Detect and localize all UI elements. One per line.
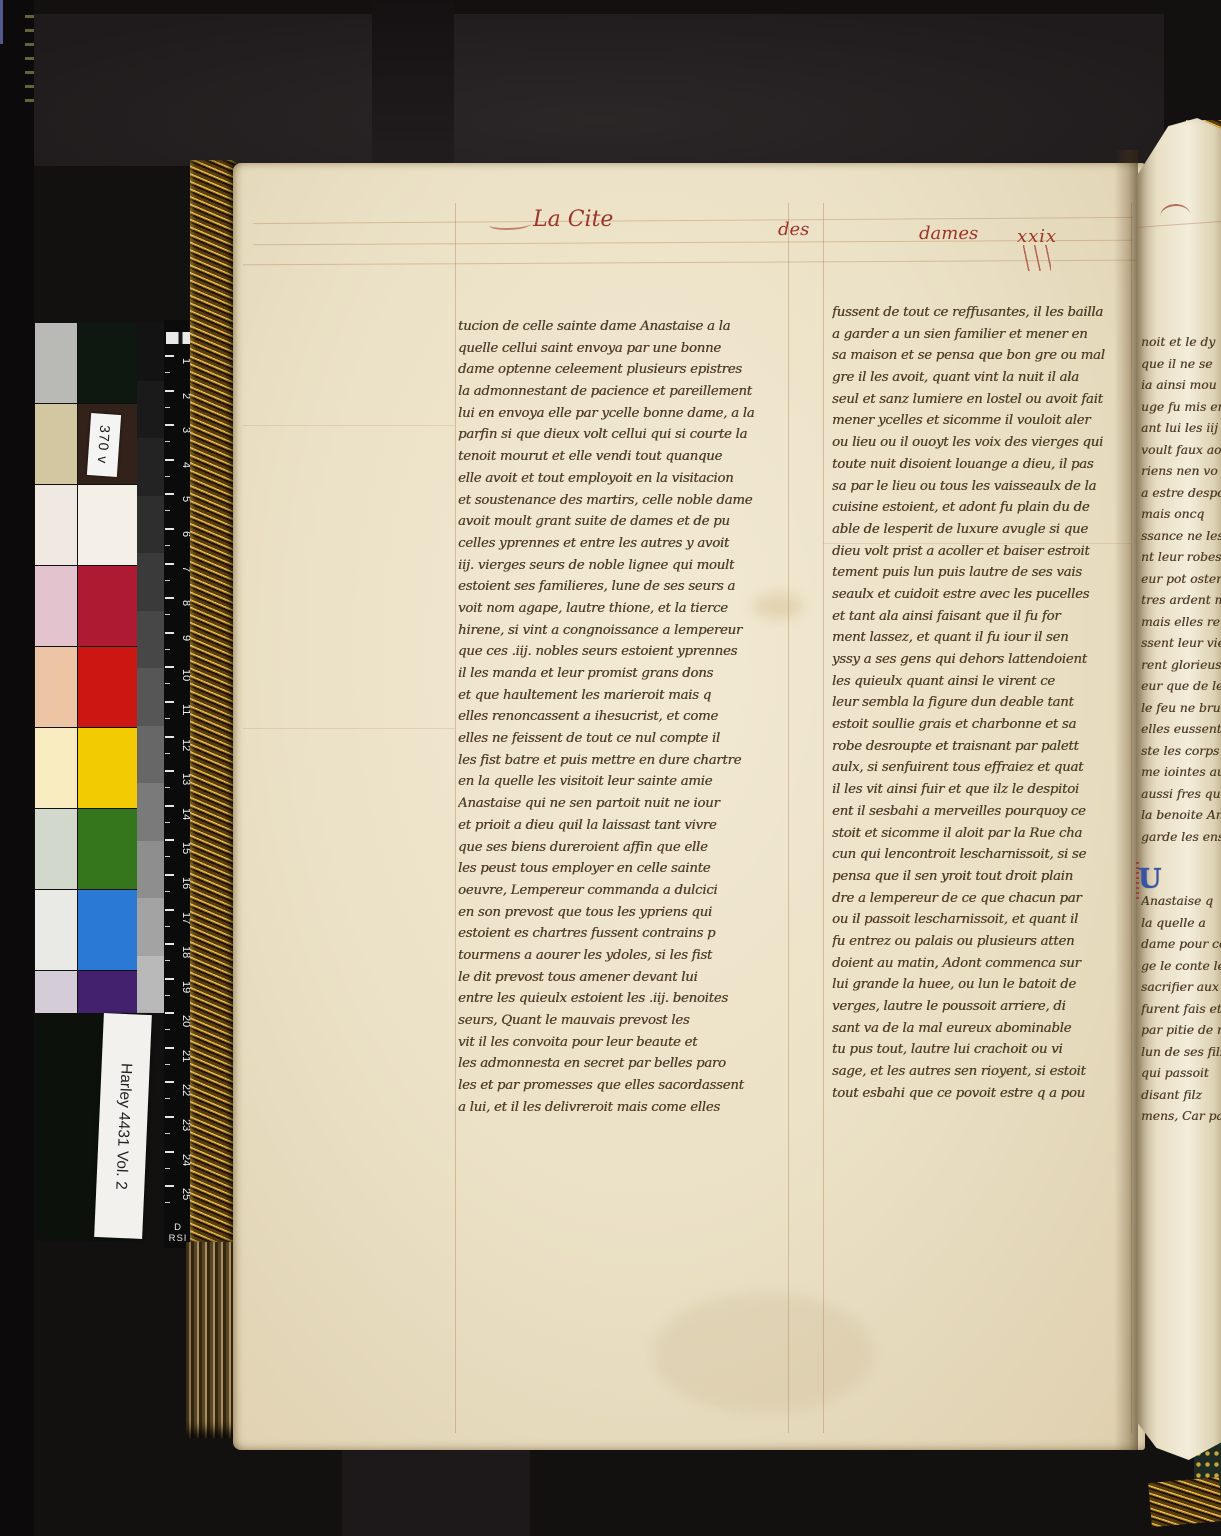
manuscript-line: verges, lautre le poussoit arriere, di xyxy=(832,996,1146,1018)
ruler-unit: 5 xyxy=(164,494,192,529)
gray-step xyxy=(137,438,164,496)
gutter-shadow xyxy=(1114,150,1138,1450)
facing-text-line: ge le conte leoca xyxy=(1141,956,1221,978)
ruler-unit: 22 xyxy=(164,1082,192,1117)
manuscript-line: elles renoncassent a ihesucrist, et come xyxy=(458,706,792,728)
ruler-halftick xyxy=(165,1098,170,1099)
ruler-halftick xyxy=(165,1029,170,1030)
manuscript-line: que ses biens dureroient affin que elle xyxy=(458,837,792,859)
ruler-halftick xyxy=(165,718,170,719)
ruling-horizontal xyxy=(253,240,1133,246)
ruler-halftick xyxy=(165,822,170,823)
gray-step xyxy=(137,841,164,899)
color-patch-pale xyxy=(35,647,78,727)
manuscript-line: seul et sanz lumiere en lostel ou avoit … xyxy=(832,389,1146,411)
photographic-ruler: 1 2 3 4 5 6 xyxy=(164,320,192,1248)
ruler-tick xyxy=(165,874,174,876)
manuscript-line: sa par le lieu ou tous les vaisseaulx de… xyxy=(832,476,1146,498)
manuscript-line: quelle cellui saint envoya par une bonne xyxy=(458,338,792,360)
ruler-unit: 21 xyxy=(164,1048,192,1083)
ruler-unit: 4 xyxy=(164,460,192,495)
manuscript-line: les fist batre et puis mettre en dure ch… xyxy=(458,750,792,772)
manuscript-line: stoit et sicomme il aloit par la Rue cha xyxy=(832,823,1146,845)
ruler-tick xyxy=(165,1151,174,1153)
text-column-right: fussent de tout ce reffusantes, il les b… xyxy=(832,302,1146,1104)
color-patch-pale xyxy=(35,485,78,565)
film-edge-blue-mark xyxy=(0,0,3,44)
facing-header-red-flourish xyxy=(1159,202,1191,220)
ruler-tick xyxy=(165,805,174,807)
manuscript-line: et soustenance des martirs, celle noble … xyxy=(458,490,792,512)
facing-text-line: par pitie de m xyxy=(1141,1020,1221,1042)
ruler-unit: 16 xyxy=(164,875,192,910)
grayscale-step-wedge xyxy=(137,323,164,1013)
ruler-tick xyxy=(165,1185,174,1187)
ruler-halftick xyxy=(165,1064,170,1065)
ruler-tick xyxy=(165,1012,174,1014)
manuscript-line: et prioit a dieu quil la laissast tant v… xyxy=(458,815,792,837)
gray-step xyxy=(137,611,164,669)
manuscript-line: gre il les avoit, quant vint la nuit il … xyxy=(832,367,1146,389)
manuscript-line: a garder a un sien familier et mener en xyxy=(832,324,1146,346)
ruler-tick xyxy=(165,736,174,738)
ruler-halftick xyxy=(165,372,170,373)
gray-step xyxy=(137,726,164,784)
manuscript-line: voit nom agape, lautre thione, et la tie… xyxy=(458,598,792,620)
ruler-tick xyxy=(165,597,174,599)
ruler-tick xyxy=(165,424,174,426)
manuscript-line: ou lieu ou il ouoyt les voix des vierges… xyxy=(832,432,1146,454)
facing-text-line: le feu ne bru xyxy=(1141,698,1221,720)
ruler-unit: 9 xyxy=(164,633,192,668)
ruler-halftick xyxy=(165,407,170,408)
facing-text-line: ssent leur vie xyxy=(1141,633,1221,655)
color-patch-saturated xyxy=(78,566,137,646)
ruler-unit: 10 xyxy=(164,667,192,702)
ruler-halftick xyxy=(165,510,170,511)
color-patch-saturated xyxy=(78,647,137,727)
gilt-fore-edge xyxy=(190,160,236,1242)
color-patch-pale xyxy=(35,566,78,646)
manuscript-line: vit il les convoita pour leur beaute et xyxy=(458,1032,792,1054)
ruler-tick xyxy=(165,528,174,530)
manuscript-line: les admonnesta en secret par belles paro xyxy=(458,1053,792,1075)
manuscript-line: a lui, et il les delivreroit mais come e… xyxy=(458,1097,792,1119)
manuscript-line: elle avoit et tout employoit en la visit… xyxy=(458,468,792,490)
manuscript-line: tucion de celle sainte dame Anastaise a … xyxy=(458,316,792,338)
facing-text-line: qui passoit xyxy=(1141,1063,1221,1085)
parchment-stain xyxy=(653,1293,873,1413)
manuscript-photo: 1 2 3 4 5 6 xyxy=(0,0,1221,1536)
manuscript-line: aulx, si senfuirent tous effraiez et qua… xyxy=(832,757,1146,779)
ruler-tick xyxy=(165,563,174,565)
facing-page-sliver: noit et le dyque il ne seia ainsi mouuge… xyxy=(1136,118,1221,1464)
color-patch-row xyxy=(35,323,137,404)
ruler-tick xyxy=(165,493,174,495)
gray-step xyxy=(137,898,164,956)
manuscript-line: avoit moult grant suite de dames et de p… xyxy=(458,511,792,533)
manuscript-line: cun qui lencontroit lescharnissoit, si s… xyxy=(832,844,1146,866)
color-calibration-target xyxy=(35,323,137,1022)
ruler-tick xyxy=(165,770,174,772)
ruler-halftick xyxy=(165,649,170,650)
gray-step xyxy=(137,323,164,381)
gilt-corner-bottom-right xyxy=(1148,1477,1221,1527)
ruler-unit: 7 xyxy=(164,564,192,599)
shelfmark-text: Harley 4431 Vol. 2 xyxy=(111,1062,135,1189)
ruler-unit: 13 xyxy=(164,771,192,806)
ruler-halftick xyxy=(165,441,170,442)
manuscript-line: mener ycelles et sicomme il vouloit aler xyxy=(832,410,1146,432)
manuscript-line: hirene, si vint a congnoissance a lemper… xyxy=(458,620,792,642)
facing-text-line: ia ainsi mou xyxy=(1141,375,1221,397)
gray-step xyxy=(137,956,164,1014)
ruler-unit: 17 xyxy=(164,910,192,945)
manuscript-line: il les vit ainsi fuir et que ilz le desp… xyxy=(832,779,1146,801)
manuscript-line: lui en envoya elle par ycelle bonne dame… xyxy=(458,403,792,425)
manuscript-line: que ces .iij. nobles seurs estoient ypre… xyxy=(458,641,792,663)
facing-text-line: rent glorieuse xyxy=(1141,655,1221,677)
manuscript-line: la admonnestant de pacience et pareillem… xyxy=(458,381,792,403)
manuscript-line: sant va de la mal eureux abominable xyxy=(832,1018,1146,1040)
ruler-unit: 11 xyxy=(164,702,192,737)
manuscript-line: sage, et les autres sen rioyent, si esto… xyxy=(832,1061,1146,1083)
facing-text-line: aussi fres que xyxy=(1141,784,1221,806)
ruler-tick xyxy=(165,909,174,911)
gray-step xyxy=(137,553,164,611)
facing-text-line: disant filz xyxy=(1141,1085,1221,1107)
ruler-halftick xyxy=(165,614,170,615)
backdrop-felt xyxy=(34,14,1164,166)
ruling-horizontal xyxy=(253,217,1133,224)
running-header-chapter-number: xxix xyxy=(1017,226,1057,247)
film-edge-strip xyxy=(0,0,34,1536)
facing-text-line: tres ardent m xyxy=(1141,590,1221,612)
ruler-scale: 1 2 3 4 5 6 xyxy=(164,356,192,1221)
color-patch-pale xyxy=(35,890,78,970)
manuscript-line: et tant ala ainsi faisant que il fu for xyxy=(832,606,1146,628)
film-edge-arrow-marks xyxy=(25,6,34,106)
cradle-strap-top xyxy=(372,0,454,164)
ruling-vertical xyxy=(455,203,456,1433)
manuscript-line: pensa que il sen yroit tout droit plain xyxy=(832,866,1146,888)
manuscript-line: dieu volt prist a acoller et baiser estr… xyxy=(832,541,1146,563)
ruling-horizontal xyxy=(243,260,1138,266)
ruler-halftick xyxy=(165,580,170,581)
ruler-halftick xyxy=(165,856,170,857)
facing-text-line: ant lui les iij xyxy=(1141,418,1221,440)
color-patch-row xyxy=(35,485,137,566)
manuscript-line: seurs, Quant le mauvais prevost les xyxy=(458,1010,792,1032)
ruler-unit: 25 xyxy=(164,1186,192,1221)
color-patch-pale xyxy=(35,404,78,484)
ruler-halftick xyxy=(165,1168,170,1169)
ruler-unit: 1 xyxy=(164,356,192,391)
facing-text-line: ste les corps del xyxy=(1141,741,1221,763)
manuscript-line: yssy a ses gens qui dehors lattendoient xyxy=(832,649,1146,671)
ruler-unit: 15 xyxy=(164,840,192,875)
ruler-tick xyxy=(165,1047,174,1049)
manuscript-line: estoient ses familieres, lune de ses seu… xyxy=(458,576,792,598)
gray-step xyxy=(137,381,164,439)
text-column-left: tucion de celle sainte dame Anastaise a … xyxy=(458,316,792,1118)
manuscript-line: Anastaise qui ne sen partoit nuit ne iou… xyxy=(458,793,792,815)
facing-text-line: dame pour ce qu xyxy=(1141,934,1221,956)
manuscript-line: ou il passoit lescharnissoit, et quant i… xyxy=(832,909,1146,931)
manuscript-line: celles yprennes et entre les autres y av… xyxy=(458,533,792,555)
ruler-tick xyxy=(165,459,174,461)
facing-text-line: la quelle a xyxy=(1141,913,1221,935)
facing-text-line: lun de ses filz xyxy=(1141,1042,1221,1064)
color-patch-saturated xyxy=(78,890,137,970)
ruler-tick xyxy=(165,390,174,392)
ruler-tick xyxy=(165,978,174,980)
color-patch-pale xyxy=(35,323,78,403)
ruler-unit: 24 xyxy=(164,1152,192,1187)
facing-text-line: eur pot oster f xyxy=(1141,569,1221,591)
manuscript-line: robe desroupte et traisnant par palett xyxy=(832,736,1146,758)
facing-text-line: sacrifier aux yd xyxy=(1141,977,1221,999)
manuscript-line: les quieulx quant ainsi le virent ce xyxy=(832,671,1146,693)
facing-text-line: riens nen vo xyxy=(1141,461,1221,483)
manuscript-line: le dit prevost tous amener devant lui xyxy=(458,967,792,989)
facing-text-line: garde les ense xyxy=(1141,827,1221,849)
facing-text-fragments: noit et le dyque il ne seia ainsi mouuge… xyxy=(1141,332,1221,1128)
ruler-tick xyxy=(165,943,174,945)
facing-text-line: furent fais et po xyxy=(1141,999,1221,1021)
manuscript-line: tenoit mourut et elle vendi tout quanque xyxy=(458,446,792,468)
gray-step xyxy=(137,783,164,841)
manuscript-line: tu pus tout, lautre lui crachoit ou vi xyxy=(832,1039,1146,1061)
facing-text-line: a estre despo xyxy=(1141,483,1221,505)
illuminated-initial: U xyxy=(1138,860,1162,900)
facing-text-line: ssance ne les xyxy=(1141,526,1221,548)
manuscript-line: cuisine estoient, et adont fu plain du d… xyxy=(832,497,1146,519)
manuscript-line: oeuvre, Lempereur commanda a dulcici xyxy=(458,880,792,902)
ruler-halftick xyxy=(165,476,170,477)
manuscript-line: iij. vierges seurs de noble lignee qui m… xyxy=(458,555,792,577)
color-patch-row xyxy=(35,566,137,647)
ruler-unit: 3 xyxy=(164,425,192,460)
manuscript-line: sa maison et se pensa que bon gre ou mal xyxy=(832,345,1146,367)
cradle-strap-bottom xyxy=(342,1438,530,1536)
manuscript-line: parfin si que dieux volt cellui qui si c… xyxy=(458,424,792,446)
color-patch-row xyxy=(35,890,137,971)
ruler-tick xyxy=(165,701,174,703)
ruler-halftick xyxy=(165,995,170,996)
ruler-halftick xyxy=(165,891,170,892)
ruler-unit: 8 xyxy=(164,598,192,633)
ruler-tick xyxy=(165,632,174,634)
manuscript-line: leur sembla la figure dun deable tant xyxy=(832,692,1146,714)
ruling-horizontal-faint xyxy=(243,728,455,729)
manuscript-line: seaulx et cuidoit estre avec les pucelle… xyxy=(832,584,1146,606)
manuscript-line: estoit soullie grais et charbonne et sa xyxy=(832,714,1146,736)
gray-step xyxy=(137,668,164,726)
ruler-tick xyxy=(165,355,174,357)
ruler-unit: 2 xyxy=(164,391,192,426)
ruler-halftick xyxy=(165,787,170,788)
ruler-unit: 12 xyxy=(164,737,192,772)
ruler-tick xyxy=(165,1116,174,1118)
manuscript-line: tement puis lun puis lautre de ses vais xyxy=(832,562,1146,584)
manuscript-line: lui grande la huee, ou lun le batoit de xyxy=(832,974,1146,996)
folio-number-label: 370 v xyxy=(87,413,121,477)
ruler-halftick xyxy=(165,753,170,754)
ruler-tick xyxy=(165,1081,174,1083)
ruler-unit: 14 xyxy=(164,806,192,841)
manuscript-line: tout esbahi que ce povoit estre q a pou xyxy=(832,1083,1146,1105)
ruler-halftick xyxy=(165,683,170,684)
ruler-unit: 18 xyxy=(164,944,192,979)
ruler-unit: 6 xyxy=(164,529,192,564)
ruler-unit: 20 xyxy=(164,1013,192,1048)
manuscript-line: les et par promesses que elles sacordass… xyxy=(458,1075,792,1097)
ruler-footer-label: D RSI xyxy=(164,1222,192,1244)
manuscript-line: toute nuit disoient louange a dieu, il p… xyxy=(832,454,1146,476)
manuscript-line: entre les quieulx estoient les .iij. ben… xyxy=(458,988,792,1010)
manuscript-line: elles ne feissent de tout ce nul compte … xyxy=(458,728,792,750)
ruler-halftick xyxy=(165,960,170,961)
ruling-horizontal-faint xyxy=(243,425,455,426)
color-patch-pale xyxy=(35,728,78,808)
chapter-number-descenders xyxy=(1023,245,1051,271)
color-patch-saturated xyxy=(78,728,137,808)
facing-text-line: voult faux ao xyxy=(1141,440,1221,462)
ruler-halftick xyxy=(165,1202,170,1203)
facing-text-line: mais elles re xyxy=(1141,612,1221,634)
facing-text-line: mens, Car par xyxy=(1141,1106,1221,1128)
manuscript-line: dre a lempereur de ce que chacun par xyxy=(832,888,1146,910)
facing-ruling-line xyxy=(1136,221,1221,228)
manuscript-line: ent il sesbahi a merveilles pourquoy ce xyxy=(832,801,1146,823)
manuscript-line: en son prevost que tous les ypriens qui xyxy=(458,902,792,924)
manuscript-line: dame optenne celeement plusieurs epistre… xyxy=(458,359,792,381)
gray-step xyxy=(137,496,164,554)
facing-text-line: que il ne se xyxy=(1141,354,1221,376)
color-patch-row xyxy=(35,809,137,890)
manuscript-line: doient au matin, Adont commenca sur xyxy=(832,953,1146,975)
manuscript-line: fu entrez ou palais ou plusieurs atten xyxy=(832,931,1146,953)
color-patch-row xyxy=(35,647,137,728)
folio-number-text: 370 v xyxy=(95,425,114,465)
manuscript-line: il les manda et leur promist grans dons xyxy=(458,663,792,685)
ruler-halftick xyxy=(165,545,170,546)
manuscript-page-verso: La Cite des dames xxix tucion de celle s… xyxy=(233,163,1145,1450)
facing-text-line: noit et le dy xyxy=(1141,332,1221,354)
manuscript-line: estoient es chartres fussent contrains p xyxy=(458,923,792,945)
manuscript-line: en la quelle les visitoit leur sainte am… xyxy=(458,771,792,793)
facing-text-line: me iointes au xyxy=(1141,762,1221,784)
header-flourish xyxy=(489,219,531,230)
facing-text-line: uge fu mis en xyxy=(1141,397,1221,419)
ruler-tick xyxy=(165,666,174,668)
ruling-vertical xyxy=(823,203,824,1433)
facing-text-line: nt leur robes f xyxy=(1141,547,1221,569)
manuscript-line: et que haultement les marieroit mais q xyxy=(458,685,792,707)
facing-text-line: eur que de lev xyxy=(1141,676,1221,698)
manuscript-line: able de lesperit de luxure avugle si que xyxy=(832,519,1146,541)
manuscript-line: tourmens a aourer les ydoles, si les fis… xyxy=(458,945,792,967)
manuscript-line: fussent de tout ce reffusantes, il les b… xyxy=(832,302,1146,324)
ruler-unit: 23 xyxy=(164,1117,192,1152)
color-patch-saturated xyxy=(78,485,137,565)
running-header-la-cite: La Cite xyxy=(533,207,613,232)
parchment-stain xyxy=(753,593,803,619)
facing-text-line: mais oncq xyxy=(1141,504,1221,526)
color-patch-saturated xyxy=(78,323,137,403)
ruler-halftick xyxy=(165,926,170,927)
ruler-top-bar xyxy=(166,332,190,344)
ruler-unit: 19 xyxy=(164,979,192,1014)
running-header-des: des xyxy=(778,219,809,240)
facing-text-line: elles eussent xyxy=(1141,719,1221,741)
manuscript-line: les peust tous employer en celle sainte xyxy=(458,858,792,880)
manuscript-line: ment lassez, et quant il fu iour il sen xyxy=(832,627,1146,649)
color-patch-pale xyxy=(35,809,78,889)
ruler-tick xyxy=(165,839,174,841)
facing-text-line: la benoite Anast xyxy=(1141,805,1221,827)
ruler-halftick xyxy=(165,1133,170,1134)
shelfmark-label: Harley 4431 Vol. 2 xyxy=(94,1013,152,1239)
running-header-dames: dames xyxy=(919,223,978,244)
color-patch-saturated xyxy=(78,809,137,889)
color-patch-row xyxy=(35,728,137,809)
